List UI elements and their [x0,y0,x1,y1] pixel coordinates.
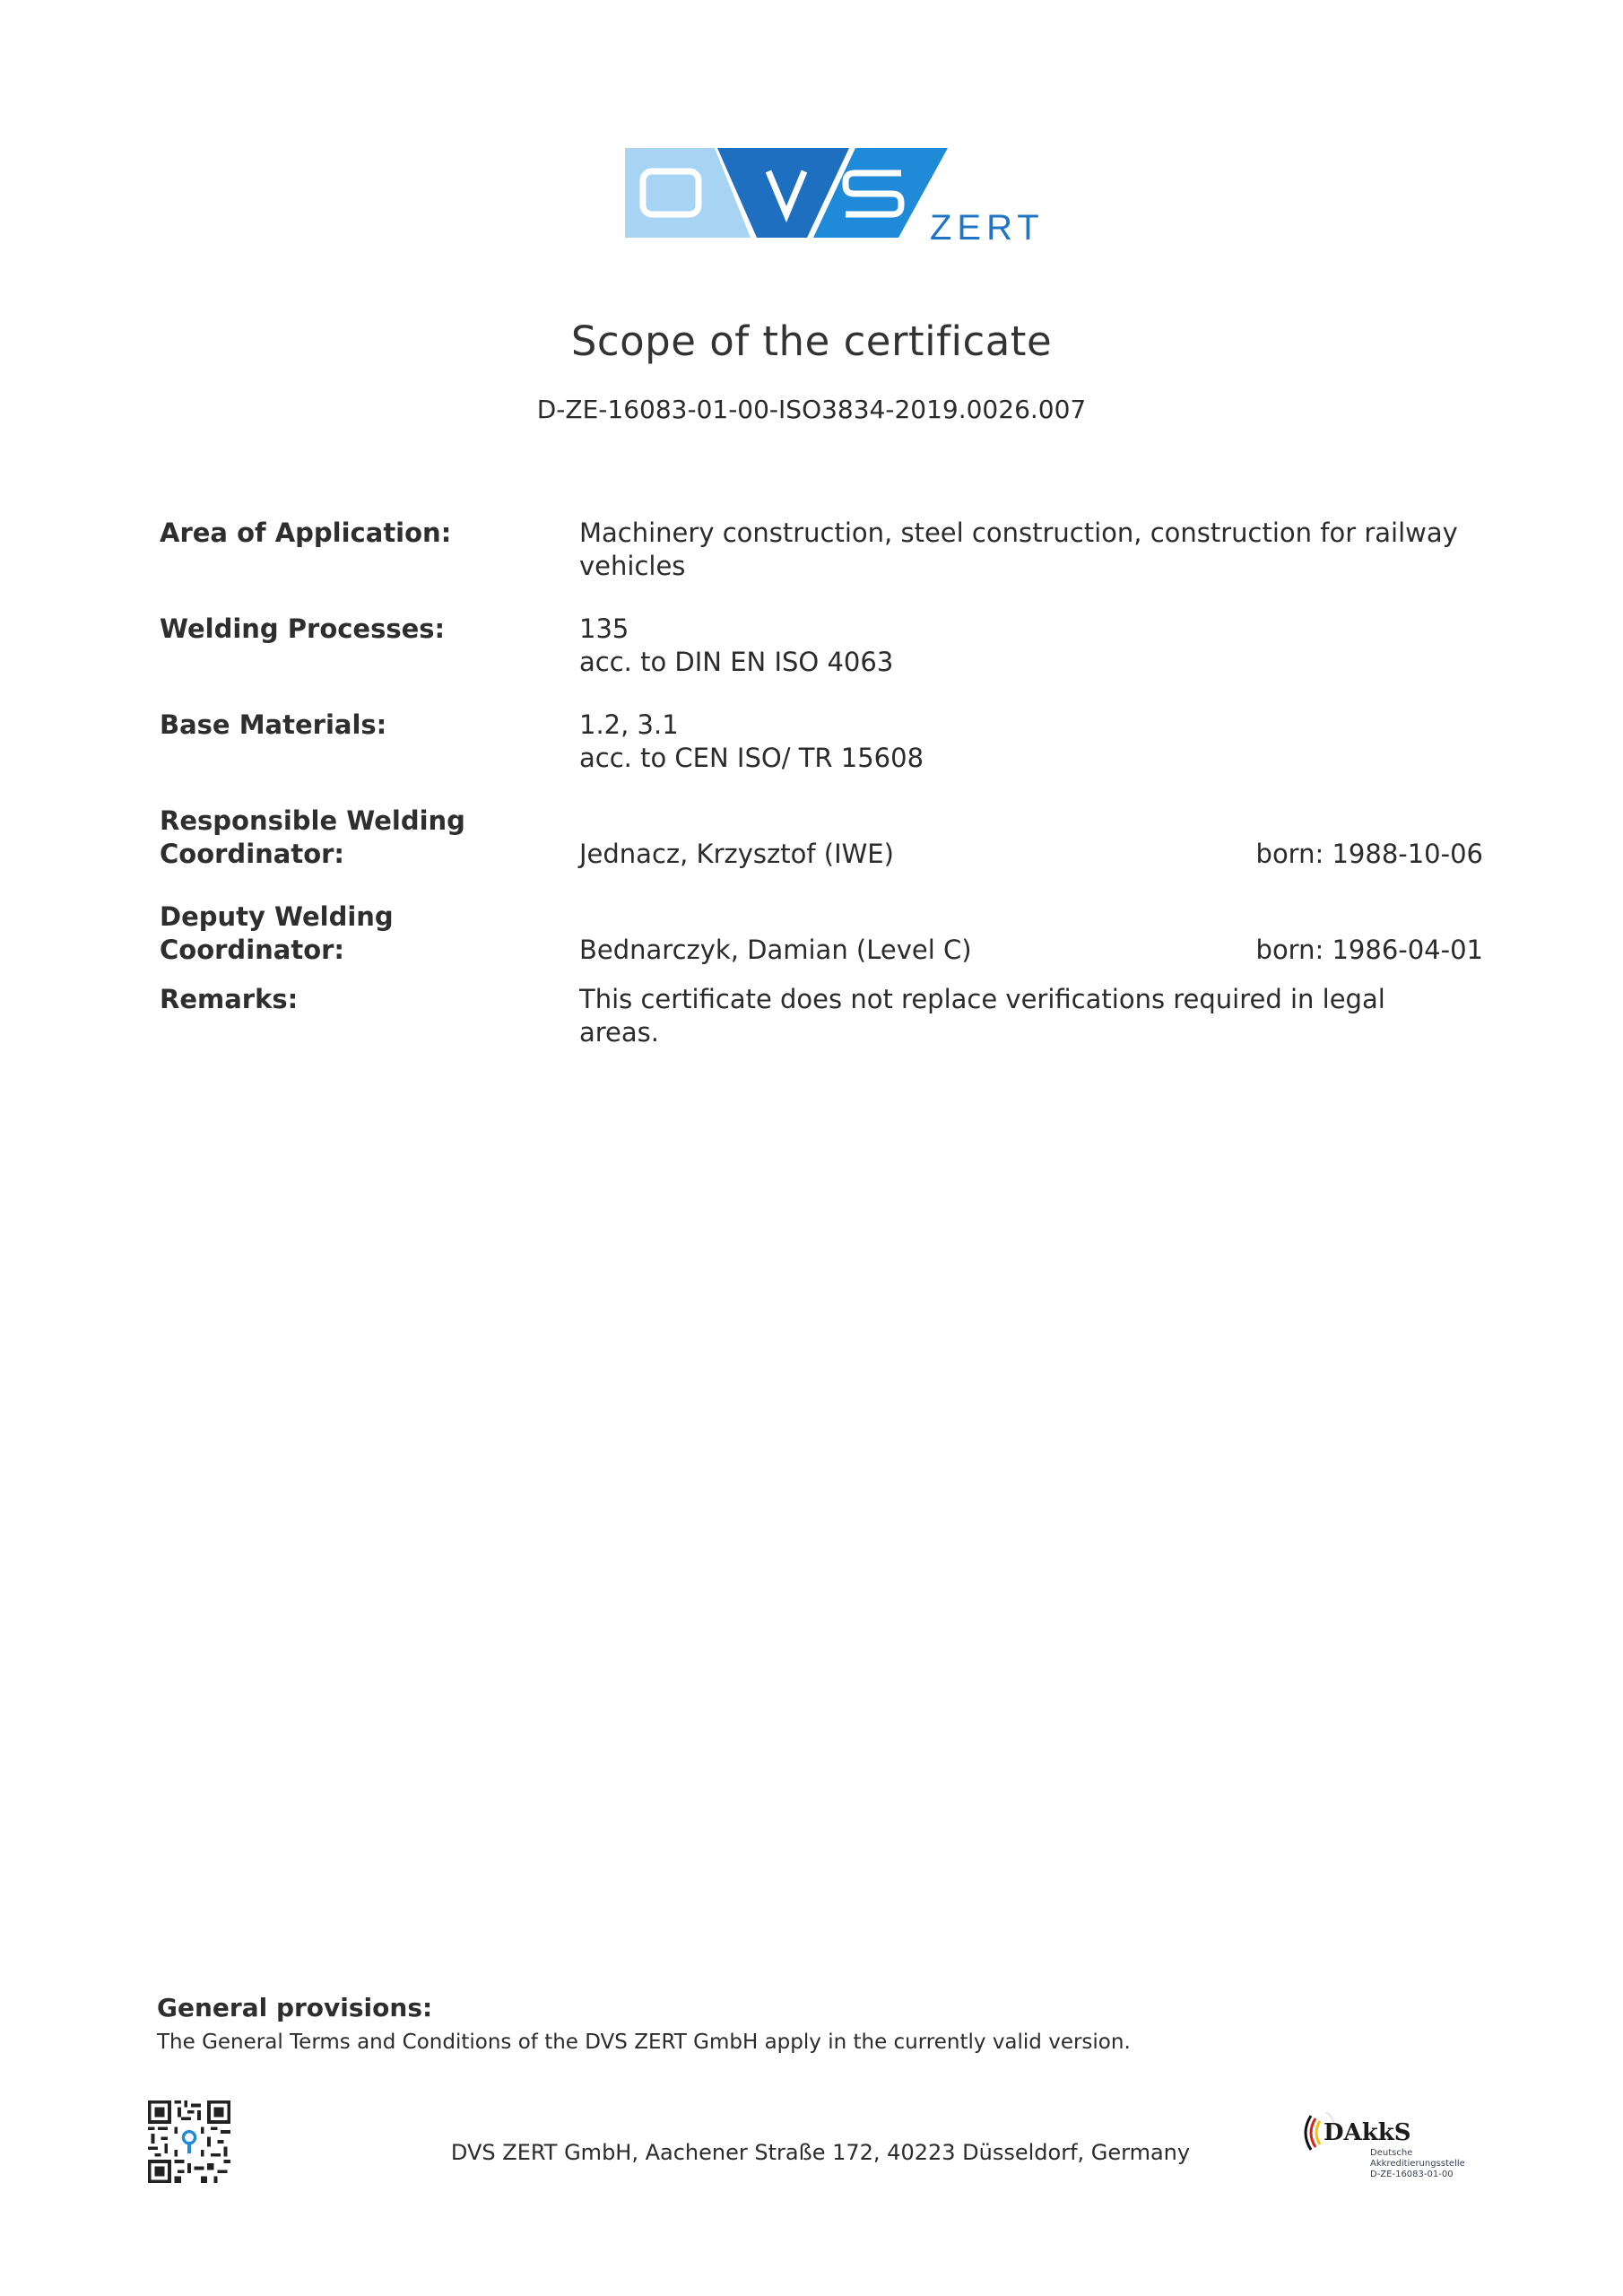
dakks-brand: DAkkS [1324,2119,1411,2146]
dakks-subtitle: Deutsche Akkreditierungsstelle D-ZE-1608… [1370,2148,1465,2180]
responsible-coordinator-label: Responsible Welding Coordinator: [160,804,536,871]
page-title: Scope of the certificate [0,317,1623,365]
base-materials-groups: 1.2, 3.1 [579,709,1476,742]
area-of-application-label: Area of Application: [160,517,536,550]
base-materials-standard: acc. to CEN ISO/ TR 15608 [579,742,1476,775]
responsible-coordinator-born: born: 1988-10-06 [1256,838,1483,871]
welding-processes-value: 135 acc. to DIN EN ISO 4063 [579,613,1476,679]
deputy-coordinator-born: born: 1986-04-01 [1256,934,1483,967]
deputy-coordinator-label-line2: Coordinator: [160,934,536,967]
base-materials-label: Base Materials: [160,709,536,742]
deputy-coordinator-label-line1: Deputy Welding [160,900,536,934]
dakks-accreditation-mark: DAkkS Deutsche Akkreditierungsstelle D-Z… [1291,2103,1497,2193]
dakks-line1: Deutsche [1370,2148,1465,2159]
general-provisions-title: General provisions: [157,1993,432,2022]
welding-process-code: 135 [579,613,1476,646]
dakks-line2: Akkreditierungsstelle [1370,2159,1465,2170]
welding-processes-label: Welding Processes: [160,613,536,646]
general-provisions-text: The General Terms and Conditions of the … [157,2031,1131,2054]
deputy-coordinator-label: Deputy Welding Coordinator: [160,900,536,967]
certificate-number: D-ZE-16083-01-00-ISO3834-2019.0026.007 [0,395,1623,424]
responsible-coordinator-label-line2: Coordinator: [160,838,536,871]
area-of-application-value: Machinery construction, steel constructi… [579,517,1476,583]
dvs-zert-logo: ZERT [625,148,1051,247]
dakks-accreditation-number: D-ZE-16083-01-00 [1370,2170,1465,2180]
logo-zert-text: ZERT [930,208,1045,247]
responsible-coordinator-label-line1: Responsible Welding [160,804,536,838]
remarks-label: Remarks: [160,983,536,1016]
welding-process-standard: acc. to DIN EN ISO 4063 [579,646,1476,679]
remarks-value: This certificate does not replace verifi… [579,983,1440,1049]
base-materials-value: 1.2, 3.1 acc. to CEN ISO/ TR 15608 [579,709,1476,775]
